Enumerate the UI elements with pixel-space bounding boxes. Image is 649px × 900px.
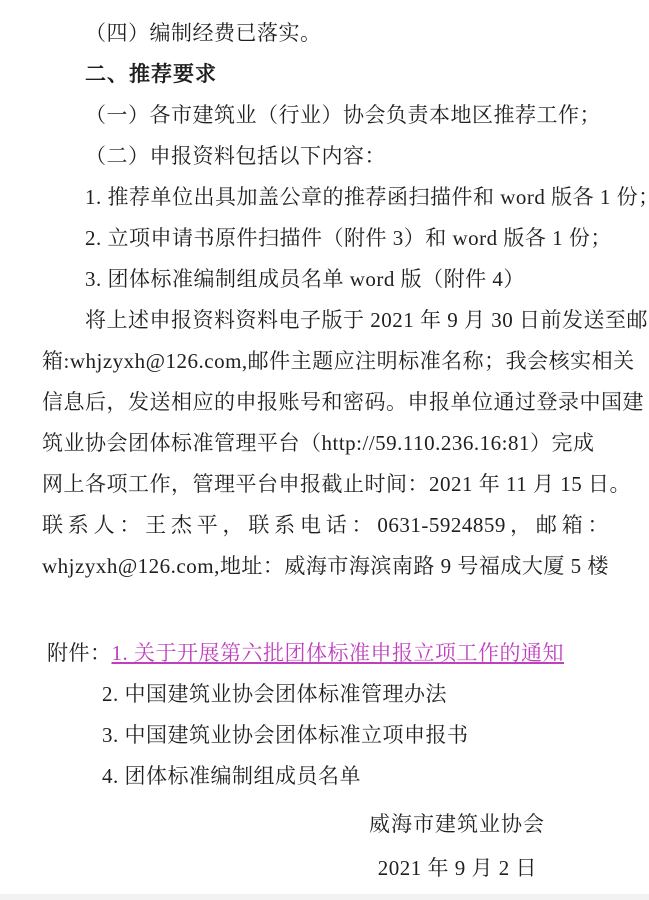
- sub-item-2: （二）申报资料包括以下内容：: [42, 136, 609, 177]
- body-line-4: 筑业协会团体标准管理平台（http://59.110.236.16:81）完成: [42, 423, 609, 464]
- attachment-link-notice[interactable]: 1. 关于开展第六批团体标准申报立项工作的通知: [112, 641, 565, 665]
- body-line-3: 信息后，发送相应的申报账号和密码。申报单位通过登录中国建: [42, 382, 609, 423]
- attachment-item-3: 3. 中国建筑业协会团体标准立项申报书: [42, 715, 609, 756]
- signature-date: 2021 年 9 月 2 日: [42, 848, 609, 889]
- attachments-label: 附件：: [47, 641, 112, 665]
- attachment-item-4: 4. 团体标准编制组成员名单: [42, 756, 609, 797]
- sub-item-1: （一）各市建筑业（行业）协会负责本地区推荐工作；: [42, 95, 609, 136]
- attachment-item-2: 2. 中国建筑业协会团体标准管理办法: [42, 674, 609, 715]
- paragraph-item-4: （四）编制经费已落实。: [42, 13, 609, 54]
- numbered-item-3: 3. 团体标准编制组成员名单 word 版（附件 4）: [42, 259, 609, 300]
- document-page: （四）编制经费已落实。 二、推荐要求 （一）各市建筑业（行业）协会负责本地区推荐…: [0, 0, 649, 900]
- numbered-item-1: 1. 推荐单位出具加盖公章的推荐函扫描件和 word 版各 1 份；: [42, 177, 609, 218]
- numbered-item-2: 2. 立项申请书原件扫描件（附件 3）和 word 版各 1 份；: [42, 218, 609, 259]
- contact-line: 联系人：王杰平，联系电话：0631-5924859，邮箱：: [42, 505, 609, 546]
- body-line-1: 将上述申报资料资料电子版于 2021 年 9 月 30 日前发送至邮: [42, 300, 609, 341]
- address-line: whjzyxh@126.com,地址：威海市海滨南路 9 号福成大厦 5 楼: [42, 546, 609, 587]
- signature-organization: 威海市建筑业协会: [42, 804, 609, 845]
- body-line-2: 箱:whjzyxh@126.com,邮件主题应注明标准名称；我会核实相关: [42, 341, 609, 382]
- section-heading: 二、推荐要求: [42, 54, 609, 95]
- attachments-row: 附件：1. 关于开展第六批团体标准申报立项工作的通知: [42, 633, 609, 674]
- page-bottom-edge: [0, 894, 649, 900]
- body-line-5: 网上各项工作，管理平台申报截止时间：2021 年 11 月 15 日。: [42, 464, 609, 505]
- blank-gap: [42, 587, 609, 633]
